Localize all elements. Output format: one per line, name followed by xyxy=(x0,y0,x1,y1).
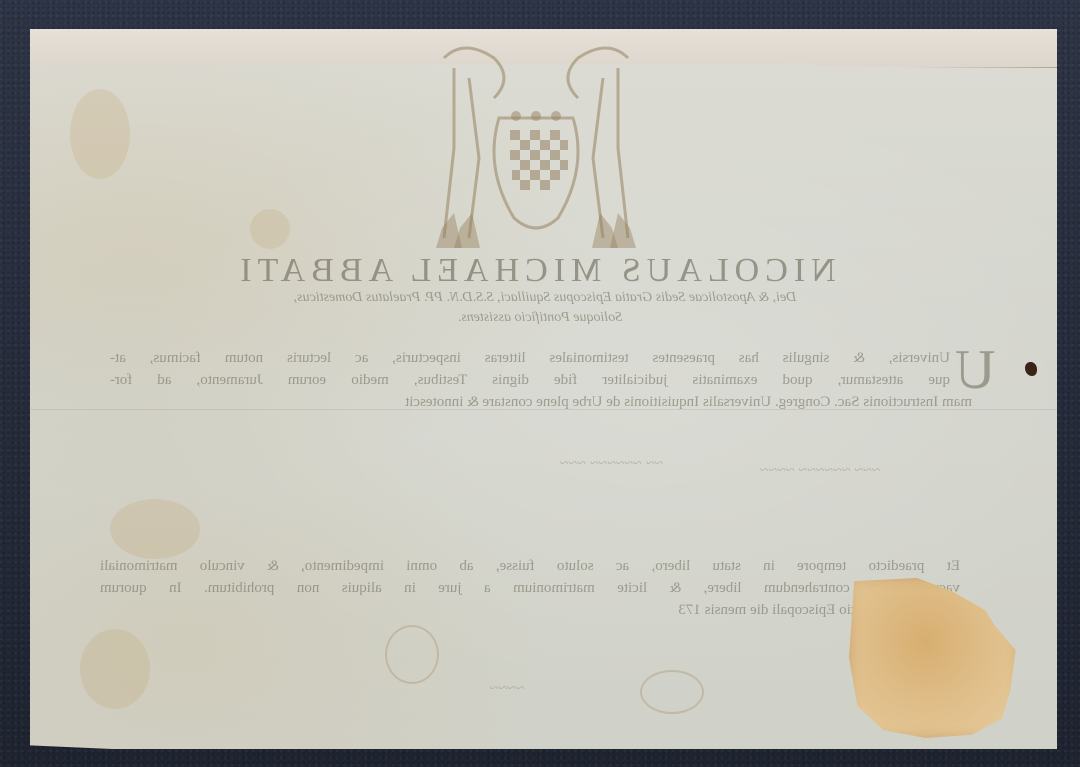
coat-of-arms-icon xyxy=(424,38,648,252)
ink-blot xyxy=(1025,362,1037,376)
drop-cap: U xyxy=(955,342,995,398)
body-line: Universis, & singulis has praesentes tes… xyxy=(110,350,950,367)
body-line: mam Instructionis Sac. Congreg. Universa… xyxy=(272,394,972,411)
handwritten-entry: ~~~ ~~~~~~ ~~~~ xyxy=(760,462,881,480)
foxing-stain xyxy=(110,499,200,559)
signature-flourish xyxy=(640,670,704,714)
foxing-stain xyxy=(70,89,130,179)
foxing-stain xyxy=(80,629,150,709)
signature-flourish xyxy=(385,625,439,684)
closing-line: vacuum, ad contrahendum libere, & licite… xyxy=(100,580,960,597)
foxing-stain xyxy=(250,209,290,249)
closing-line: Et praedicto tempore in statu libero, ac… xyxy=(100,558,960,575)
subtitle-line-2: Solioque Pontificio assistens. xyxy=(320,310,760,326)
document-title: NICOLAUS MICHAEL ABBATI xyxy=(115,252,955,290)
body-line: que attestamur, quod examinatis judicial… xyxy=(110,372,950,389)
subtitle-line-1: Dei, & Apostolicae Sedis Gratia Episcopu… xyxy=(165,290,925,306)
signature: ~~~~ xyxy=(490,680,525,698)
handwritten-entry: ~~ ~~~~~~ ~~~ xyxy=(560,455,663,473)
